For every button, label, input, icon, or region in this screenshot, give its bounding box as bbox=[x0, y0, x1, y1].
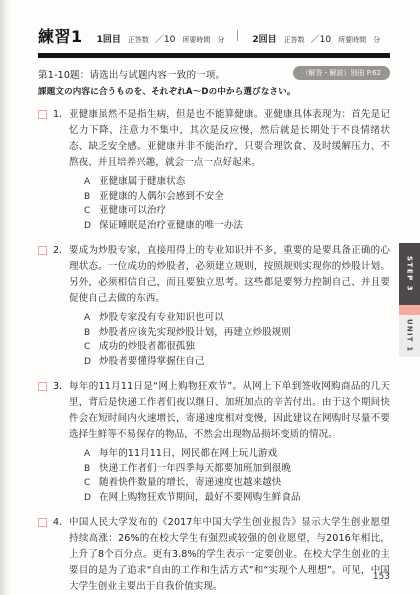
option-list: A 亚健康属于健康状态 B 亚健康的人偶尔会感到不安全 C 亚健康可以治疗 D … bbox=[84, 175, 390, 233]
option-text: 快递工作者们一年四季每天都要加班加到很晚 bbox=[99, 462, 291, 477]
option-item: D 炒股者要懂得掌握住自己 bbox=[84, 355, 390, 370]
instructions-chinese: 第1-10题：请选出与试题内容一致的一项。 bbox=[38, 67, 225, 81]
question-number: 1. bbox=[53, 107, 69, 123]
attempt-1-time-unit: 分 bbox=[217, 35, 224, 45]
side-tab-unit: UNIT 1 bbox=[399, 315, 420, 357]
side-tab-unit-label: UNIT 1 bbox=[406, 319, 414, 352]
question-item: 3. 每年的11月11日是“网上购物狂欢节”。从网上下单到签收网购商品的几天里，… bbox=[38, 379, 390, 505]
option-text: 保证睡眠是治疗亚健康的唯一办法 bbox=[99, 219, 243, 234]
question-number: 2. bbox=[53, 243, 69, 259]
side-tab-accent bbox=[399, 305, 420, 315]
attempt-2-score-max: ／10 bbox=[311, 32, 331, 45]
page-number: 153 bbox=[373, 572, 390, 582]
option-item: A 炒股专家没有专业知识也可以 bbox=[84, 311, 390, 326]
question-list: 1. 亚健康虽然不是指生病，但是也不能算健康。亚健康具体表现为：首先是记忆力下降… bbox=[38, 107, 390, 595]
question-checkbox bbox=[38, 518, 47, 527]
attempt-2-time-label: 所要時間 bbox=[338, 35, 366, 45]
option-text: 在网上购物狂欢节期间，最好不要网购生鲜食品 bbox=[99, 491, 301, 506]
question-number: 4. bbox=[53, 515, 69, 531]
option-item: B 快递工作者们一年四季每天都要加班加到很晚 bbox=[84, 462, 390, 477]
option-item: C 随着快件数量的增长，寄递速度也越来越快 bbox=[84, 476, 390, 491]
option-list: A 每年的11月11日，网民都在网上玩儿游戏 B 快递工作者们一年四季每天都要加… bbox=[84, 447, 390, 505]
option-letter: B bbox=[84, 190, 99, 205]
question-text: 中国人民大学发布的《2017年中国大学生创业报告》显示大学生创业愿望持续高涨：2… bbox=[69, 515, 390, 595]
side-tab-step-label: STEP 3 bbox=[406, 256, 414, 292]
attempt-1-score-label: 正答数 bbox=[128, 35, 149, 45]
page-content: 練習1 1回目 正答数 ／10 所要時間 分 2回目 正答数 ／10 所要時間 … bbox=[38, 24, 390, 595]
option-list: A 炒股专家没有专业知识也可以 B 炒股者应该先实现炒股计划，再建立炒股规则 C… bbox=[84, 311, 390, 369]
question-number: 3. bbox=[53, 379, 69, 395]
option-text: 炒股专家没有专业知识也可以 bbox=[99, 311, 224, 326]
option-item: D 保证睡眠是治疗亚健康的唯一办法 bbox=[84, 219, 390, 234]
side-tab: STEP 3 UNIT 1 bbox=[399, 243, 420, 357]
option-text: 炒股者应该先实现炒股计划，再建立炒股规则 bbox=[99, 326, 291, 341]
option-item: B 炒股者应该先实现炒股计划，再建立炒股规则 bbox=[84, 326, 390, 341]
option-item: B 亚健康的人偶尔会感到不安全 bbox=[84, 190, 390, 205]
option-letter: D bbox=[84, 219, 99, 234]
option-letter: C bbox=[84, 204, 99, 219]
attempt-1-label: 1回目 bbox=[97, 32, 121, 45]
question-item: 1. 亚健康虽然不是指生病，但是也不能算健康。亚健康具体表现为：首先是记忆力下降… bbox=[38, 107, 390, 233]
instructions-japanese: 課題文の内容に合うものを、それぞれA～Dの中から選びなさい。 bbox=[38, 85, 390, 97]
option-letter: B bbox=[84, 462, 99, 477]
attempt-2-score-label: 正答数 bbox=[284, 35, 305, 45]
attempt-1-score-max: ／10 bbox=[155, 32, 175, 45]
option-letter: A bbox=[84, 175, 99, 190]
question-text: 每年的11月11日是“网上购物狂欢节”。从网上下单到签收网购商品的几天里，背后是… bbox=[69, 379, 390, 443]
header-divider bbox=[237, 30, 238, 41]
option-item: C 成功的炒股者都很孤独 bbox=[84, 340, 390, 355]
option-text: 每年的11月11日，网民都在网上玩儿游戏 bbox=[99, 447, 277, 462]
option-item: A 亚健康属于健康状态 bbox=[84, 175, 390, 190]
option-text: 随着快件数量的增长，寄递速度也越来越快 bbox=[99, 476, 281, 491]
option-letter: A bbox=[84, 311, 99, 326]
question-checkbox bbox=[38, 246, 47, 255]
instructions-row: 第1-10题：请选出与试题内容一致的一项。 （解答・解説）別冊 P.62 bbox=[38, 67, 390, 81]
question-checkbox bbox=[38, 110, 47, 119]
scan-edge bbox=[0, 0, 10, 595]
question-item: 2. 要成为炒股专家，直接用得上的专业知识并不多，重要的是要具备正确的心理状态。… bbox=[38, 243, 390, 369]
option-letter: D bbox=[84, 491, 99, 506]
option-item: C 亚健康可以治疗 bbox=[84, 204, 390, 219]
attempt-2-time-unit: 分 bbox=[373, 35, 380, 45]
book-page: 練習1 1回目 正答数 ／10 所要時間 分 2回目 正答数 ／10 所要時間 … bbox=[0, 0, 420, 595]
header-rule bbox=[38, 53, 390, 58]
option-text: 亚健康属于健康状态 bbox=[99, 175, 185, 190]
option-letter: C bbox=[84, 340, 99, 355]
question-item: 4. 中国人民大学发布的《2017年中国大学生创业报告》显示大学生创业愿望持续高… bbox=[38, 515, 390, 595]
question-text: 要成为炒股专家，直接用得上的专业知识并不多，重要的是要具备正确的心理状态。一位成… bbox=[69, 243, 390, 307]
option-text: 亚健康的人偶尔会感到不安全 bbox=[99, 190, 224, 205]
question-checkbox bbox=[38, 382, 47, 391]
option-item: A 每年的11月11日，网民都在网上玩儿游戏 bbox=[84, 447, 390, 462]
attempt-1: 1回目 正答数 ／10 所要時間 分 bbox=[97, 32, 225, 45]
practice-header: 練習1 1回目 正答数 ／10 所要時間 分 2回目 正答数 ／10 所要時間 … bbox=[38, 24, 390, 47]
question-text: 亚健康虽然不是指生病，但是也不能算健康。亚健康具体表现为：首先是记忆力下降、注意… bbox=[69, 107, 390, 171]
option-letter: D bbox=[84, 355, 99, 370]
option-letter: C bbox=[84, 476, 99, 491]
attempt-2: 2回目 正答数 ／10 所要時間 分 bbox=[252, 32, 380, 45]
answer-reference-badge: （解答・解説）別冊 P.62 bbox=[293, 66, 391, 80]
attempt-2-label: 2回目 bbox=[252, 32, 276, 45]
option-text: 成功的炒股者都很孤独 bbox=[99, 340, 195, 355]
option-item: D 在网上购物狂欢节期间，最好不要网购生鲜食品 bbox=[84, 491, 390, 506]
option-letter: A bbox=[84, 447, 99, 462]
attempt-1-time-label: 所要時間 bbox=[182, 35, 210, 45]
practice-title: 練習1 bbox=[38, 24, 83, 47]
option-text: 炒股者要懂得掌握住自己 bbox=[99, 355, 205, 370]
option-letter: B bbox=[84, 326, 99, 341]
side-tab-step: STEP 3 bbox=[399, 243, 420, 305]
option-text: 亚健康可以治疗 bbox=[99, 204, 166, 219]
